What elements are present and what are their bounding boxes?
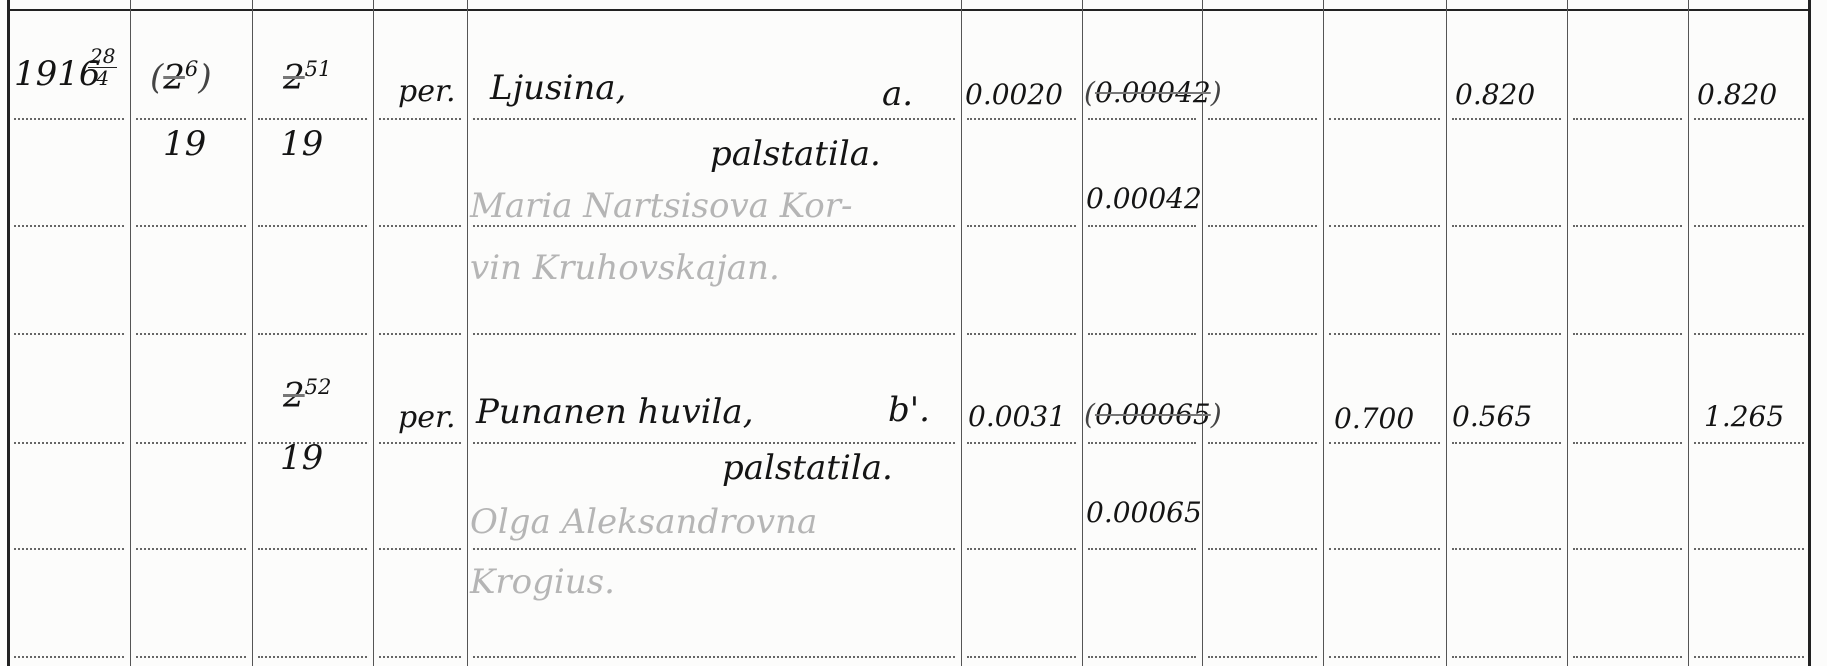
dotted-rule: [1573, 333, 1682, 335]
share-struck-value: 0.00042: [1095, 76, 1211, 109]
dotted-rule: [1208, 442, 1317, 444]
lot-struck-digit: 2: [283, 375, 305, 415]
entry-1-share-struck: (0.00042): [1084, 76, 1222, 109]
entry-2-owner-line2: Krogius.: [470, 562, 615, 602]
dotted-rule: [379, 333, 461, 335]
dotted-rule: [1452, 656, 1561, 658]
column-divider: [1082, 0, 1083, 666]
entry-1-ref-below: 19: [163, 124, 206, 164]
dotted-rule: [967, 333, 1076, 335]
entry-2-lot-below: 19: [280, 438, 323, 478]
paren-open: (: [150, 57, 163, 97]
entry-1-date: 28 4: [88, 46, 117, 89]
column-divider: [252, 0, 253, 666]
entry-1-total: 0.820: [1697, 78, 1777, 111]
dotted-rule: [14, 442, 124, 444]
dotted-rule: [1329, 656, 1440, 658]
dotted-rule: [1208, 118, 1317, 120]
dotted-rule: [14, 118, 124, 120]
dotted-rule: [967, 548, 1076, 550]
dotted-rule: [1088, 442, 1196, 444]
dotted-rule: [379, 548, 461, 550]
dotted-rule: [1088, 118, 1196, 120]
dotted-rule: [1088, 656, 1196, 658]
dotted-rule: [1088, 548, 1196, 550]
dotted-rule: [1088, 333, 1196, 335]
entry-2-share: 0.00065: [1086, 496, 1202, 529]
dotted-rule: [473, 548, 955, 550]
dotted-rule: [1329, 118, 1440, 120]
entry-1-area: 0.0020: [965, 78, 1063, 111]
dotted-rule: [1452, 225, 1561, 227]
dotted-rule: [1452, 333, 1561, 335]
entry-2-area: 0.0031: [968, 400, 1066, 433]
entry-1-lot-below: 19: [280, 124, 323, 164]
entry-1-share: 0.00042: [1086, 182, 1202, 215]
dotted-rule: [1208, 656, 1317, 658]
dotted-rule: [1329, 442, 1440, 444]
dotted-rule: [1088, 225, 1196, 227]
entry-1-letter: a.: [882, 74, 913, 114]
ref-struck-digit: 2: [163, 57, 185, 97]
dotted-rule: [1694, 118, 1804, 120]
dotted-rule: [1694, 442, 1804, 444]
dotted-rule: [1573, 225, 1682, 227]
dotted-rule: [1452, 118, 1561, 120]
dotted-rule: [136, 118, 246, 120]
dotted-rule: [1573, 442, 1682, 444]
dotted-rule: [258, 118, 367, 120]
column-divider: [467, 0, 468, 666]
column-divider: [1323, 0, 1324, 666]
date-fraction: 28 4: [88, 46, 117, 89]
date-month: 4: [88, 68, 117, 89]
entry-1-value-col10: 0.820: [1455, 78, 1535, 111]
dotted-rule: [473, 656, 955, 658]
dotted-rule: [136, 442, 246, 444]
column-divider: [1446, 0, 1447, 666]
dotted-rule: [1329, 225, 1440, 227]
entry-2-letter: b'.: [888, 390, 930, 430]
date-day: 28: [88, 46, 117, 68]
entry-1-owner-line1: Maria Nartsisova Kor-: [470, 186, 852, 226]
dotted-rule: [258, 333, 367, 335]
entry-1-property-name: Ljusina,: [490, 68, 626, 108]
dotted-rule: [1694, 548, 1804, 550]
dotted-rule: [136, 656, 246, 658]
entry-1-lot: 251: [283, 56, 331, 97]
dotted-rule: [1694, 656, 1804, 658]
top-rule: [8, 9, 1810, 11]
dotted-rule: [258, 225, 367, 227]
dotted-rule: [967, 442, 1076, 444]
entry-2-property-type: palstatila.: [722, 448, 893, 488]
dotted-rule: [967, 656, 1076, 658]
column-divider: [961, 0, 962, 666]
entry-2-value-col10: 0.565: [1452, 400, 1532, 433]
dotted-rule: [1329, 333, 1440, 335]
column-divider: [130, 0, 131, 666]
entry-1-owner-line2: vin Kruhovskajan.: [470, 248, 780, 288]
ref-superscript: 6: [185, 56, 198, 81]
lot-superscript: 52: [305, 374, 332, 399]
entry-1-property-type: palstatila.: [710, 134, 881, 174]
lot-struck-digit: 2: [283, 57, 305, 97]
entry-2-property-name: Punanen huvila,: [476, 392, 754, 432]
dotted-rule: [473, 333, 955, 335]
dotted-rule: [967, 118, 1076, 120]
column-divider: [373, 0, 374, 666]
right-border: [1808, 0, 1811, 666]
entry-1-prefix: per.: [398, 74, 456, 109]
dotted-rule: [473, 442, 955, 444]
dotted-rule: [1573, 118, 1682, 120]
column-divider: [1688, 0, 1689, 666]
dotted-rule: [258, 656, 367, 658]
left-border: [7, 0, 10, 666]
dotted-rule: [1694, 333, 1804, 335]
entry-2-prefix: per.: [398, 400, 456, 435]
dotted-rule: [1208, 333, 1317, 335]
dotted-rule: [14, 333, 124, 335]
entry-1-ref: (26): [150, 56, 212, 97]
dotted-rule: [379, 442, 461, 444]
entry-2-owner-line1: Olga Aleksandrovna: [470, 502, 817, 542]
dotted-rule: [1452, 442, 1561, 444]
dotted-rule: [379, 225, 461, 227]
dotted-rule: [967, 225, 1076, 227]
lot-superscript: 51: [305, 56, 332, 81]
dotted-rule: [1573, 548, 1682, 550]
entry-2-value-col9: 0.700: [1334, 402, 1414, 435]
paren-close: ): [198, 57, 211, 97]
dotted-rule: [136, 225, 246, 227]
entry-2-total: 1.265: [1704, 400, 1784, 433]
dotted-rule: [136, 548, 246, 550]
dotted-rule: [1208, 225, 1317, 227]
dotted-rule: [258, 548, 367, 550]
dotted-rule: [1329, 548, 1440, 550]
dotted-rule: [473, 118, 955, 120]
dotted-rule: [379, 656, 461, 658]
dotted-rule: [1208, 548, 1317, 550]
dotted-rule: [136, 333, 246, 335]
dotted-rule: [14, 225, 124, 227]
dotted-rule: [14, 656, 124, 658]
column-divider: [1567, 0, 1568, 666]
dotted-rule: [1573, 656, 1682, 658]
dotted-rule: [14, 548, 124, 550]
dotted-rule: [1452, 548, 1561, 550]
ledger-page: 1916 28 4 (26) 19 251 19 per. Ljusina, a…: [0, 0, 1827, 666]
dotted-rule: [379, 118, 461, 120]
entry-2-share-struck: (0.00065): [1084, 398, 1222, 431]
entry-2-lot: 252: [283, 374, 331, 415]
share-struck-value: 0.00065: [1095, 398, 1211, 431]
dotted-rule: [1694, 225, 1804, 227]
